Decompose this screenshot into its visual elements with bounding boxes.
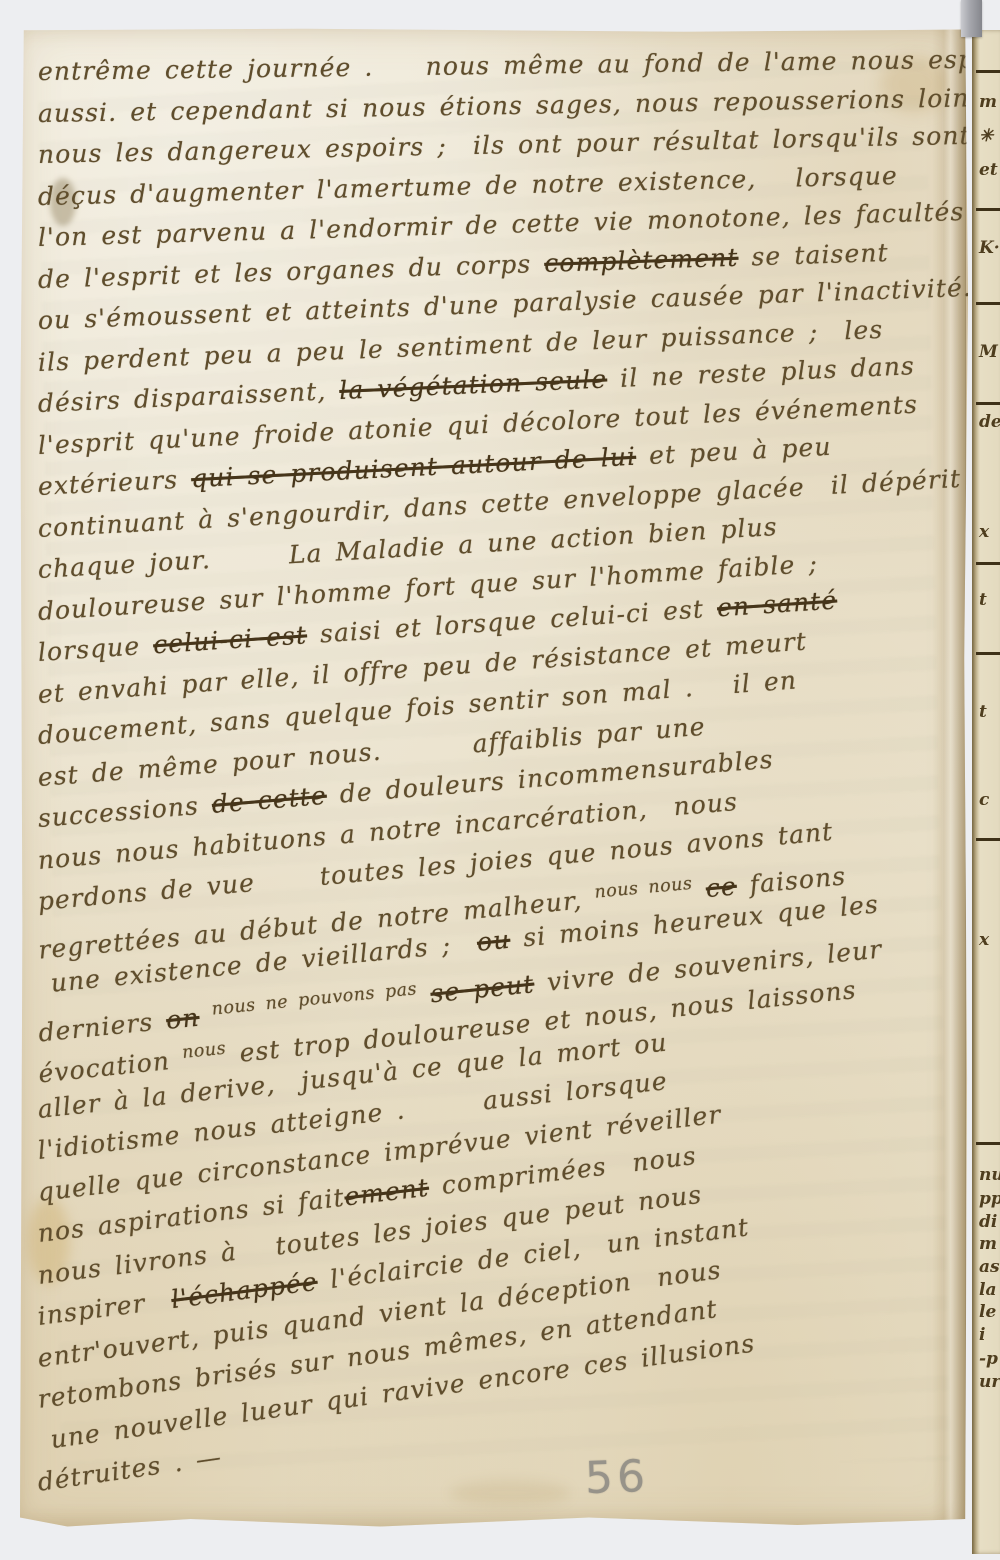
handwriting-fragment: m bbox=[979, 1234, 997, 1254]
struck-text: on bbox=[165, 1002, 201, 1034]
struck-text: celui-ci est bbox=[152, 620, 308, 659]
handwriting-fragment: de bbox=[979, 412, 1000, 432]
handwriting-fragment: x bbox=[979, 930, 989, 950]
handwriting-fragment: x bbox=[979, 522, 989, 542]
handwriting-fragment: M bbox=[979, 342, 998, 362]
adjacent-page-edge: m✳etK·Mdexttcxnuppdimaslalei-pure bbox=[972, 30, 1000, 1554]
inserted-text: nous bbox=[181, 1039, 227, 1063]
handwriting-fragment: di bbox=[979, 1212, 997, 1232]
handwriting-fragment: -p bbox=[979, 1349, 998, 1369]
handwriting-fragment: nu bbox=[979, 1165, 1000, 1185]
handwriting-fragment: t bbox=[979, 702, 987, 722]
handwriting-fragment: le bbox=[979, 1302, 996, 1322]
strike-fragment bbox=[976, 1142, 1000, 1145]
handwriting-fragment: as bbox=[979, 1257, 1000, 1277]
handwritten-text: et peu à peu bbox=[635, 432, 832, 471]
manuscript-text: entrême cette journée . nous même au fon… bbox=[38, 52, 950, 1505]
struck-text: ou bbox=[476, 925, 512, 957]
strike-fragment bbox=[976, 302, 1000, 305]
strike-fragment bbox=[976, 838, 1000, 841]
handwritten-text: se taisent bbox=[738, 237, 889, 271]
struck-text: en santé bbox=[716, 586, 838, 623]
handwriting-fragment: ure bbox=[979, 1372, 1000, 1392]
manuscript-page: entrême cette journée . nous même au fon… bbox=[20, 28, 968, 1528]
handwriting-fragment: i bbox=[979, 1325, 985, 1345]
struck-text: de cette bbox=[211, 781, 328, 819]
handwritten-text: désirs disparaissent, bbox=[37, 376, 340, 418]
handwriting-fragment: et bbox=[979, 160, 998, 180]
strike-fragment bbox=[976, 652, 1000, 655]
handwriting-fragment: t bbox=[979, 590, 987, 610]
handwriting-fragment: m bbox=[979, 92, 997, 112]
struck-text: ement bbox=[343, 1173, 431, 1212]
handwritten-text: lorsque bbox=[37, 630, 154, 667]
handwritten-text: extérieurs bbox=[37, 464, 192, 501]
strike-fragment bbox=[976, 402, 1000, 405]
bookmark-ribbon bbox=[961, 0, 982, 37]
handwriting-fragment: K· bbox=[979, 238, 1000, 258]
inserted-text: nous nous bbox=[594, 873, 694, 902]
strike-fragment bbox=[976, 70, 1000, 73]
struck-text: complètement bbox=[544, 242, 739, 277]
handwritten-text: successions bbox=[37, 790, 213, 833]
strike-fragment bbox=[976, 208, 1000, 211]
struck-text: la végétation seule bbox=[339, 364, 608, 405]
handwriting-fragment: pp bbox=[979, 1189, 1000, 1209]
handwriting-fragment: c bbox=[979, 790, 989, 810]
strike-fragment bbox=[976, 562, 1000, 565]
page-number: 56 bbox=[584, 1451, 650, 1504]
handwriting-fragment: ✳ bbox=[979, 126, 993, 146]
handwriting-fragment: la bbox=[979, 1280, 996, 1300]
scan-background: entrême cette journée . nous même au fon… bbox=[0, 0, 1000, 1560]
